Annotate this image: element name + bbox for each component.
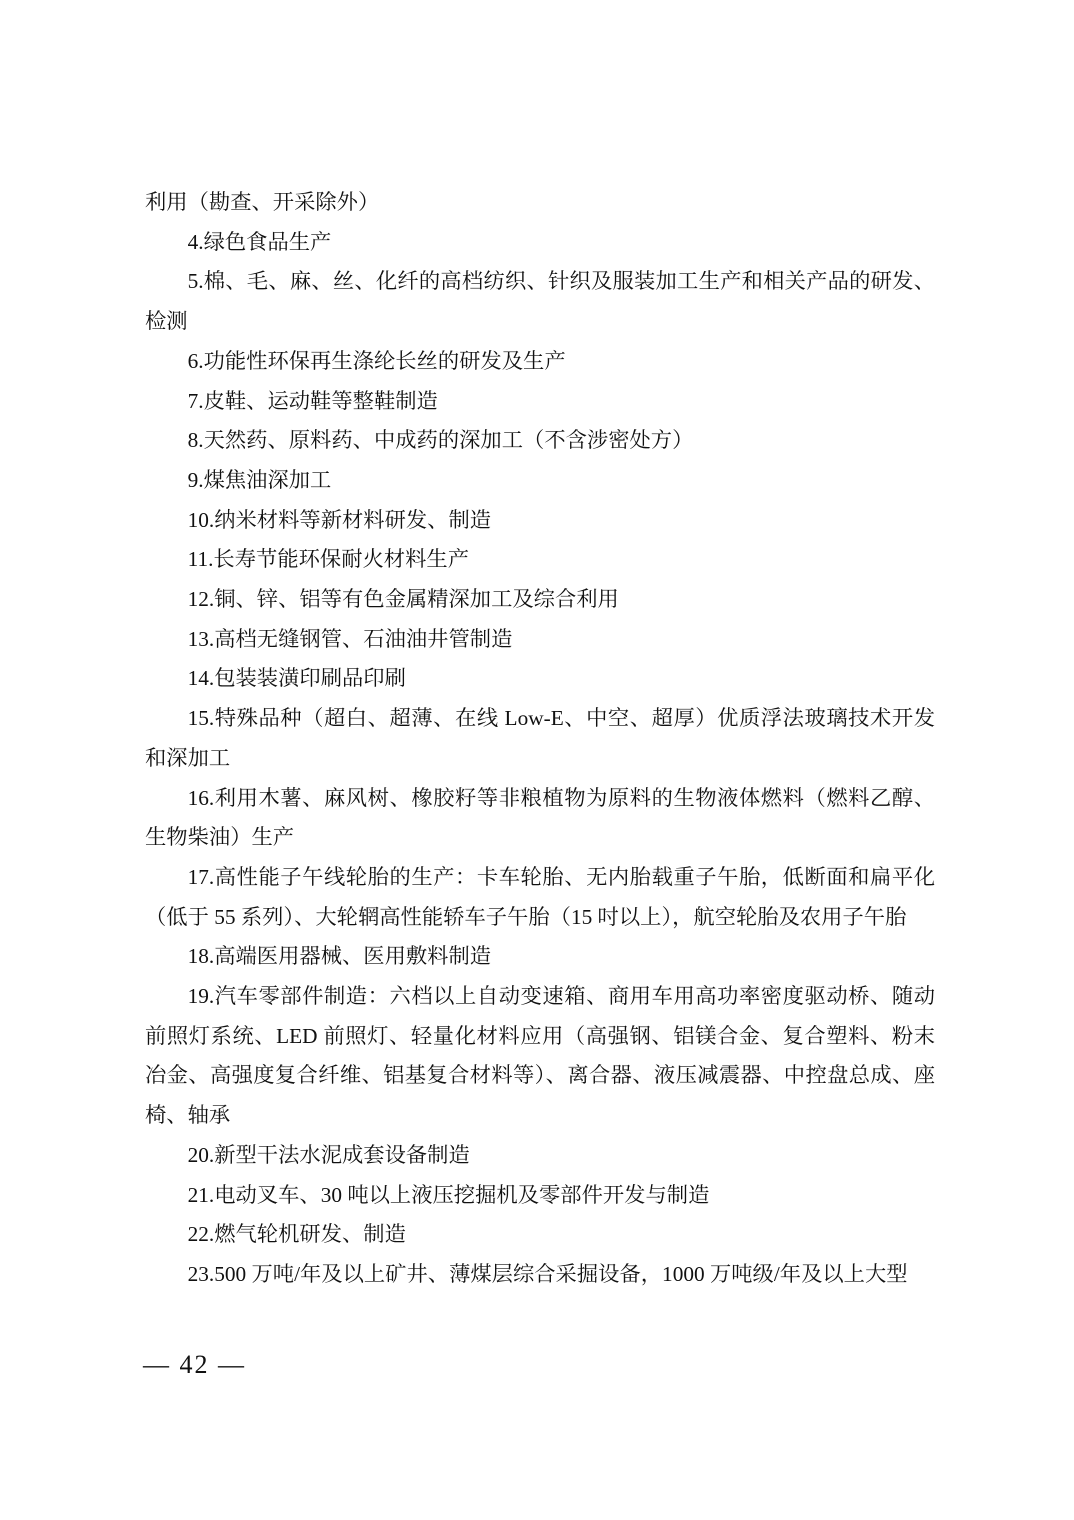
list-item-21: 21.电动叉车、30 吨以上液压挖掘机及零部件开发与制造 [145,1176,935,1216]
list-item-8: 8.天然药、原料药、中成药的深加工（不含涉密处方） [145,421,935,461]
list-item-10: 10.纳米材料等新材料研发、制造 [145,501,935,541]
list-item-9: 9.煤焦油深加工 [145,461,935,501]
list-item-7: 7.皮鞋、运动鞋等整鞋制造 [145,382,935,422]
list-item-16: 16.利用木薯、麻风树、橡胶籽等非粮植物为原料的生物液体燃料（燃料乙醇、生物柴油… [145,779,935,858]
page-number: — 42 — [143,1350,246,1380]
list-item-12: 12.铜、锌、铝等有色金属精深加工及综合利用 [145,580,935,620]
list-item-19: 19.汽车零部件制造：六档以上自动变速箱、商用车用高功率密度驱动桥、随动前照灯系… [145,977,935,1136]
list-item-20: 20.新型干法水泥成套设备制造 [145,1136,935,1176]
list-item-14: 14.包装装潢印刷品印刷 [145,659,935,699]
list-item-13: 13.高档无缝钢管、石油油井管制造 [145,620,935,660]
list-item-11: 11.长寿节能环保耐火材料生产 [145,540,935,580]
list-item-22: 22.燃气轮机研发、制造 [145,1215,935,1255]
para-continuation: 利用（勘查、开采除外） [145,183,935,223]
list-item-6: 6.功能性环保再生涤纶长丝的研发及生产 [145,342,935,382]
list-item-4: 4.绿色食品生产 [145,223,935,263]
list-item-15: 15.特殊品种（超白、超薄、在线 Low-E、中空、超厚）优质浮法玻璃技术开发和… [145,699,935,778]
document-body: 利用（勘查、开采除外） 4.绿色食品生产 5.棉、毛、麻、丝、化纤的高档纺织、针… [145,183,935,1295]
list-item-17: 17.高性能子午线轮胎的生产：卡车轮胎、无内胎载重子午胎，低断面和扁平化（低于 … [145,858,935,937]
list-item-23: 23.500 万吨/年及以上矿井、薄煤层综合采掘设备，1000 万吨级/年及以上… [145,1255,935,1295]
list-item-5: 5.棉、毛、麻、丝、化纤的高档纺织、针织及服装加工生产和相关产品的研发、检测 [145,262,935,341]
document-page: 利用（勘查、开采除外） 4.绿色食品生产 5.棉、毛、麻、丝、化纤的高档纺织、针… [0,0,1074,1520]
list-item-18: 18.高端医用器械、医用敷料制造 [145,937,935,977]
